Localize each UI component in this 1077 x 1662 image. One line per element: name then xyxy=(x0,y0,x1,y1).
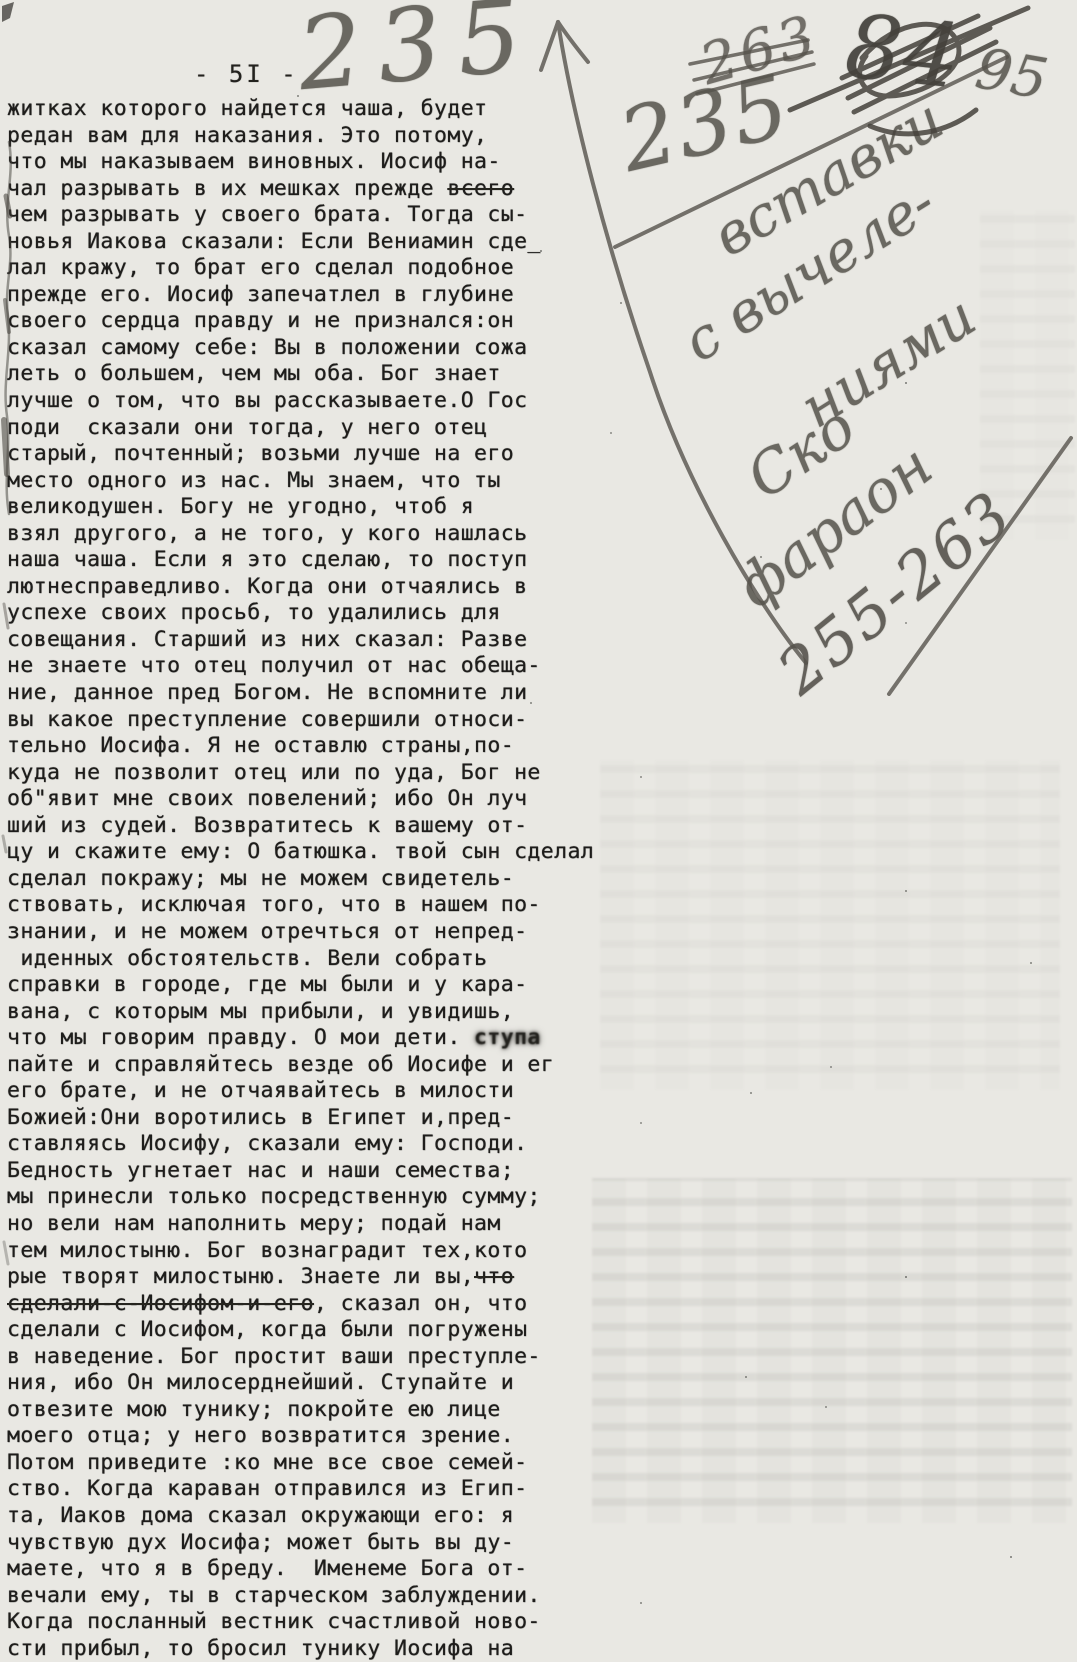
bleed-through-block-bottom xyxy=(592,1178,1072,1523)
text-line: ние, данное пред Богом. Не вспомните ли xyxy=(7,680,607,707)
text-line: ство. Когда караван отправился из Егип- xyxy=(7,1476,607,1503)
text-line: поди сказали они тогда, у него отец xyxy=(7,415,607,442)
text-line: та, Иаков дома сказал окружающи его: я xyxy=(7,1503,607,1530)
text-line: ствовать, исключая того, что в нашем по- xyxy=(7,892,607,919)
bleed-through-block-top xyxy=(980,210,1075,540)
handwritten-mid-number: 235 xyxy=(611,56,799,192)
text-line: леть о большем, чем мы оба. Бог знает xyxy=(7,361,607,388)
text-line: отвезите мою тунику; покройте ею лице xyxy=(7,1397,607,1424)
text-line: вана, с которым мы прибыли, и увидишь, xyxy=(7,999,607,1026)
text-line: его брате, и не отчаявайтесь в милости xyxy=(7,1078,607,1105)
text-line: не знаете что отец получил от нас обеща- xyxy=(7,653,607,680)
text-line: взял другого, а не того, у кого нашлась xyxy=(7,521,607,548)
page: - 5I - житках которого найдется чаша, бу… xyxy=(0,0,1077,1662)
text-line: вечали ему, ты в старческом заблуждении. xyxy=(7,1583,607,1610)
text-line: мы принесли только посредственную сумму; xyxy=(7,1184,607,1211)
text-line: успехе своих просьб, то удалились для xyxy=(7,600,607,627)
text-line: Бедность угнетает нас и наши семества; xyxy=(7,1158,607,1185)
text-line: пайте и справляйтесь везде об Иосифе и е… xyxy=(7,1052,607,1079)
document-body-text: житках которого найдется чаша, будетреда… xyxy=(7,96,607,1662)
text-line: Божией:Они воротились в Египет и,пред- xyxy=(7,1105,607,1132)
text-line: лютнесправедливо. Когда они отчаялись в xyxy=(7,574,607,601)
text-line: что мы наказываем виновных. Иосиф на- xyxy=(7,149,607,176)
text-line: моего отца; у него возвратится зрение. xyxy=(7,1423,607,1450)
text-line: тем милостыню. Бог вознаградит тех,кото xyxy=(7,1238,607,1265)
page-number: - 5I - xyxy=(194,60,299,88)
text-line: сделали с Иосифом, когда были погружены xyxy=(7,1317,607,1344)
text-line: тельно Иосифа. Я не оставлю страны,по- xyxy=(7,733,607,760)
text-line: ставляясь Иосифу, сказали ему: Господи. xyxy=(7,1131,607,1158)
text-line: старый, почтенный; возьми лучше на его xyxy=(7,441,607,468)
text-line: чал разрывать в их мешках прежде всего xyxy=(7,176,607,203)
text-line: но вели нам наполнить меру; подай нам xyxy=(7,1211,607,1238)
text-line: ния, ибо Он милосерднейший. Ступайте и xyxy=(7,1370,607,1397)
text-line: цу и скажите ему: О батюшка. твой сын сд… xyxy=(7,839,607,866)
text-line: что мы говорим правду. О мои дети. ступа xyxy=(7,1025,607,1052)
text-line: знании, и не можем отречться от непред- xyxy=(7,919,607,946)
text-line: сделали-с-Иосифом-и-его, сказал он, что xyxy=(7,1291,607,1318)
text-line: совещания. Старший из них сказал: Разве xyxy=(7,627,607,654)
text-line: иденных обстоятельств. Вели собрать xyxy=(7,946,607,973)
text-line: сказал самому себе: Вы в положении сожа xyxy=(7,335,607,362)
text-line: сделал покражу; мы не можем свидетель- xyxy=(7,866,607,893)
text-line: Потом приведите :ко мне все свое семей- xyxy=(7,1450,607,1477)
text-line: место одного из нас. Мы знаем, что ты xyxy=(7,468,607,495)
text-line: наша чаша. Если я это сделаю, то поступ xyxy=(7,547,607,574)
handwritten-corner-scribble: 84 xyxy=(841,0,967,109)
text-line: вы какое преступление совершили относи- xyxy=(7,707,607,734)
text-line: маете, что я в бреду. Именеме Бога от- xyxy=(7,1556,607,1583)
text-line: чувствую дух Иосифа; может быть вы ду- xyxy=(7,1530,607,1557)
text-line: справки в городе, где мы были и у кара- xyxy=(7,972,607,999)
paper-specks xyxy=(540,250,542,252)
bleed-through-block-middle xyxy=(600,760,1060,1090)
text-line: своего сердца правду и не признался:он xyxy=(7,308,607,335)
text-line: чем разрывать у своего брата. Тогда сы- xyxy=(7,202,607,229)
handwritten-corner-number: 95 xyxy=(971,36,1052,112)
scanned-document-page: { "colors": { "paper": "#e9e8e3", "typew… xyxy=(0,0,1077,1662)
text-line: ший из судей. Возвратитесь к вашему от- xyxy=(7,813,607,840)
text-line: лучше о том, что вы рассказываете.О Гос xyxy=(7,388,607,415)
text-line: великодушен. Богу не угодно, чтоб я xyxy=(7,494,607,521)
text-line: в наведение. Бог простит ваши преступле- xyxy=(7,1344,607,1371)
text-line: новья Иакова сказали: Если Вениамин сде_ xyxy=(7,229,607,256)
text-line: куда не позволит отец или по уда, Бог не xyxy=(7,760,607,787)
text-line: прежде его. Иосиф запечатлел в глубине xyxy=(7,282,607,309)
text-line: сти прибыл, то бросил тунику Иосифа на xyxy=(7,1636,607,1662)
text-line: об"явит мне своих повелений; ибо Он луч xyxy=(7,786,607,813)
text-line: редан вам для наказания. Это потому, xyxy=(7,123,607,150)
text-line: Когда посланный вестник счастливой ново- xyxy=(7,1609,607,1636)
text-line: рые творят милостыню. Знаете ли вы,что xyxy=(7,1264,607,1291)
text-line: лал кражу, то брат его сделал подобное xyxy=(7,255,607,282)
